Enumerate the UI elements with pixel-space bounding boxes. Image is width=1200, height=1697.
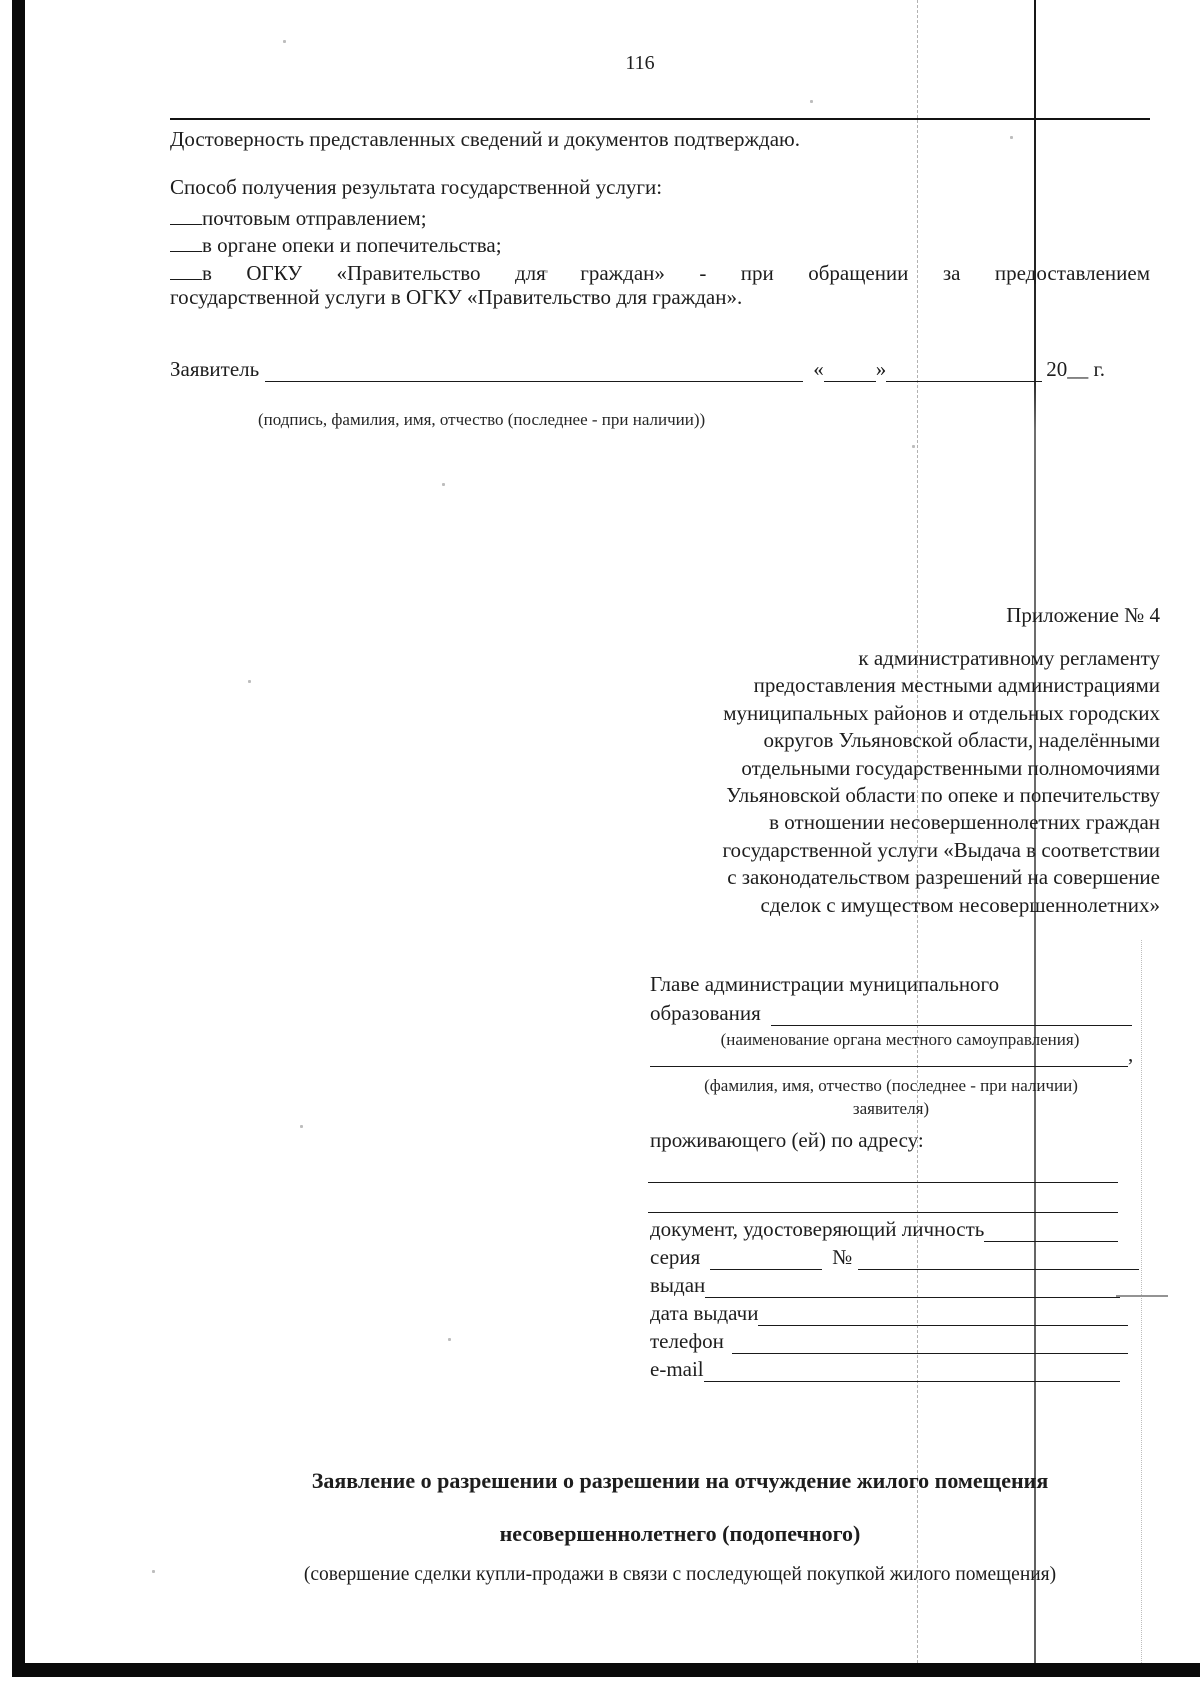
option-postal-label: почтовым отправлением; [202,206,427,230]
series-blank [710,1245,822,1270]
fio-comma: , [1128,1042,1133,1067]
date-quote-close: » [876,357,887,382]
scan-noise-speck [300,1125,303,1128]
number-label: № [832,1245,852,1270]
phone-label: телефон [650,1329,724,1354]
option-check-blank [170,257,202,280]
scan-noise-speck [283,40,286,43]
option-check-blank [170,202,202,225]
appendix-line: предоставления местными администрациями [540,672,1160,699]
appendix-line: Ульяновской области по опеке и попечител… [540,782,1160,809]
option-guardianship-label: в органе опеки и попечительства; [202,233,502,257]
option-ogku-line2: государственной услуги в ОГКУ «Правитель… [170,284,742,311]
signature-caption: (подпись, фамилия, имя, отчество (послед… [258,410,705,430]
option-guardianship: в органе опеки и попечительства; [170,229,502,259]
date-month-blank [886,357,1042,382]
scan-noise-speck [1010,136,1013,139]
issue-date-row: дата выдачи [650,1299,1128,1326]
appendix-block: к административному регламенту предостав… [540,645,1160,919]
series-number-row: серия № [650,1243,1139,1270]
left-scan-bar [12,0,25,1664]
appendix-line: в отношении несовершеннолетних граждан [540,809,1160,836]
fio-blank-row: , [650,1040,1142,1067]
appendix-title: Приложение № 4 [560,602,1160,629]
number-blank [858,1245,1139,1270]
addressee-org-row: образования [650,999,1132,1026]
appendix-line: к административному регламенту [540,645,1160,672]
phone-row: телефон [650,1327,1128,1354]
option-ogku-line1: в ОГКУ «Правительство для граждан» - при… [170,257,1150,287]
identity-doc-label: документ, удостоверяющий личность [650,1217,984,1242]
gray-line-tail [1116,1295,1168,1297]
statement-subtitle: (совершение сделки купли-продажи в связи… [160,1564,1200,1586]
option-postal: почтовым отправлением; [170,202,427,232]
scan-noise-speck [448,1338,451,1341]
appendix-line: с законодательством разрешений на соверш… [540,864,1160,891]
issued-blank [705,1273,1120,1298]
scan-noise-speck [810,100,813,103]
address-blank-row1 [648,1156,1118,1183]
address-blank [648,1188,1118,1213]
issued-label: выдан [650,1273,705,1298]
date-day-blank [824,357,876,382]
identity-doc-blank [984,1217,1118,1242]
phone-blank [732,1329,1128,1354]
addressee-org-label: образования [650,1001,761,1026]
scan-noise-speck [912,445,915,448]
appendix-line: отдельными государственными полномочиями [540,755,1160,782]
issue-date-blank [758,1301,1128,1326]
method-heading: Способ получения результата государствен… [170,174,662,201]
address-blank-row2 [648,1186,1118,1213]
date-quote-open: « [813,357,824,382]
applicant-row: Заявитель « » 20__ г. [170,352,1115,382]
org-name-blank [771,1001,1132,1026]
appendix-line: сделок с имуществом несовершеннолетних» [540,892,1160,919]
fio-caption-line1: (фамилия, имя, отчество (последнее - при… [650,1076,1132,1096]
applicant-signature-blank [265,357,803,382]
email-row: e-mail [650,1355,1120,1382]
bottom-scan-bar [12,1663,1200,1677]
applicant-label: Заявитель [170,357,259,382]
scan-noise-speck [248,680,251,683]
statement-title-line1: Заявление о разрешении о разрешении на о… [160,1468,1200,1494]
appendix-line: округов Ульяновской области, наделёнными [540,727,1160,754]
address-label: проживающего (ей) по адресу: [650,1127,924,1154]
fio-blank [650,1042,1128,1067]
scan-noise-speck [442,483,445,486]
option-check-blank [170,229,202,252]
top-horizontal-rule [170,118,1150,120]
confirmation-line: Достоверность представленных сведений и … [170,126,800,153]
fio-caption-line2: заявителя) [650,1099,1132,1119]
statement-title-line2: несовершеннолетнего (подопечного) [160,1521,1200,1547]
scanned-document-page: 116 Достоверность представленных сведени… [0,0,1200,1697]
email-label: e-mail [650,1357,704,1382]
scan-noise-speck [152,1570,155,1573]
page-number: 116 [560,52,720,75]
addressee-line1: Главе администрации муниципального [650,971,999,998]
year-label: 20__ г. [1046,357,1105,382]
address-blank [648,1158,1118,1183]
identity-doc-row: документ, удостоверяющий личность [650,1215,1118,1242]
appendix-line: муниципальных районов и отдельных городс… [540,700,1160,727]
issue-date-label: дата выдачи [650,1301,758,1326]
email-blank [704,1357,1120,1382]
series-label: серия [650,1245,700,1270]
option-ogku-text: в ОГКУ «Правительство для граждан» - при… [202,261,1150,285]
appendix-line: государственной услуги «Выдача в соответ… [540,837,1160,864]
issued-row: выдан [650,1271,1120,1298]
